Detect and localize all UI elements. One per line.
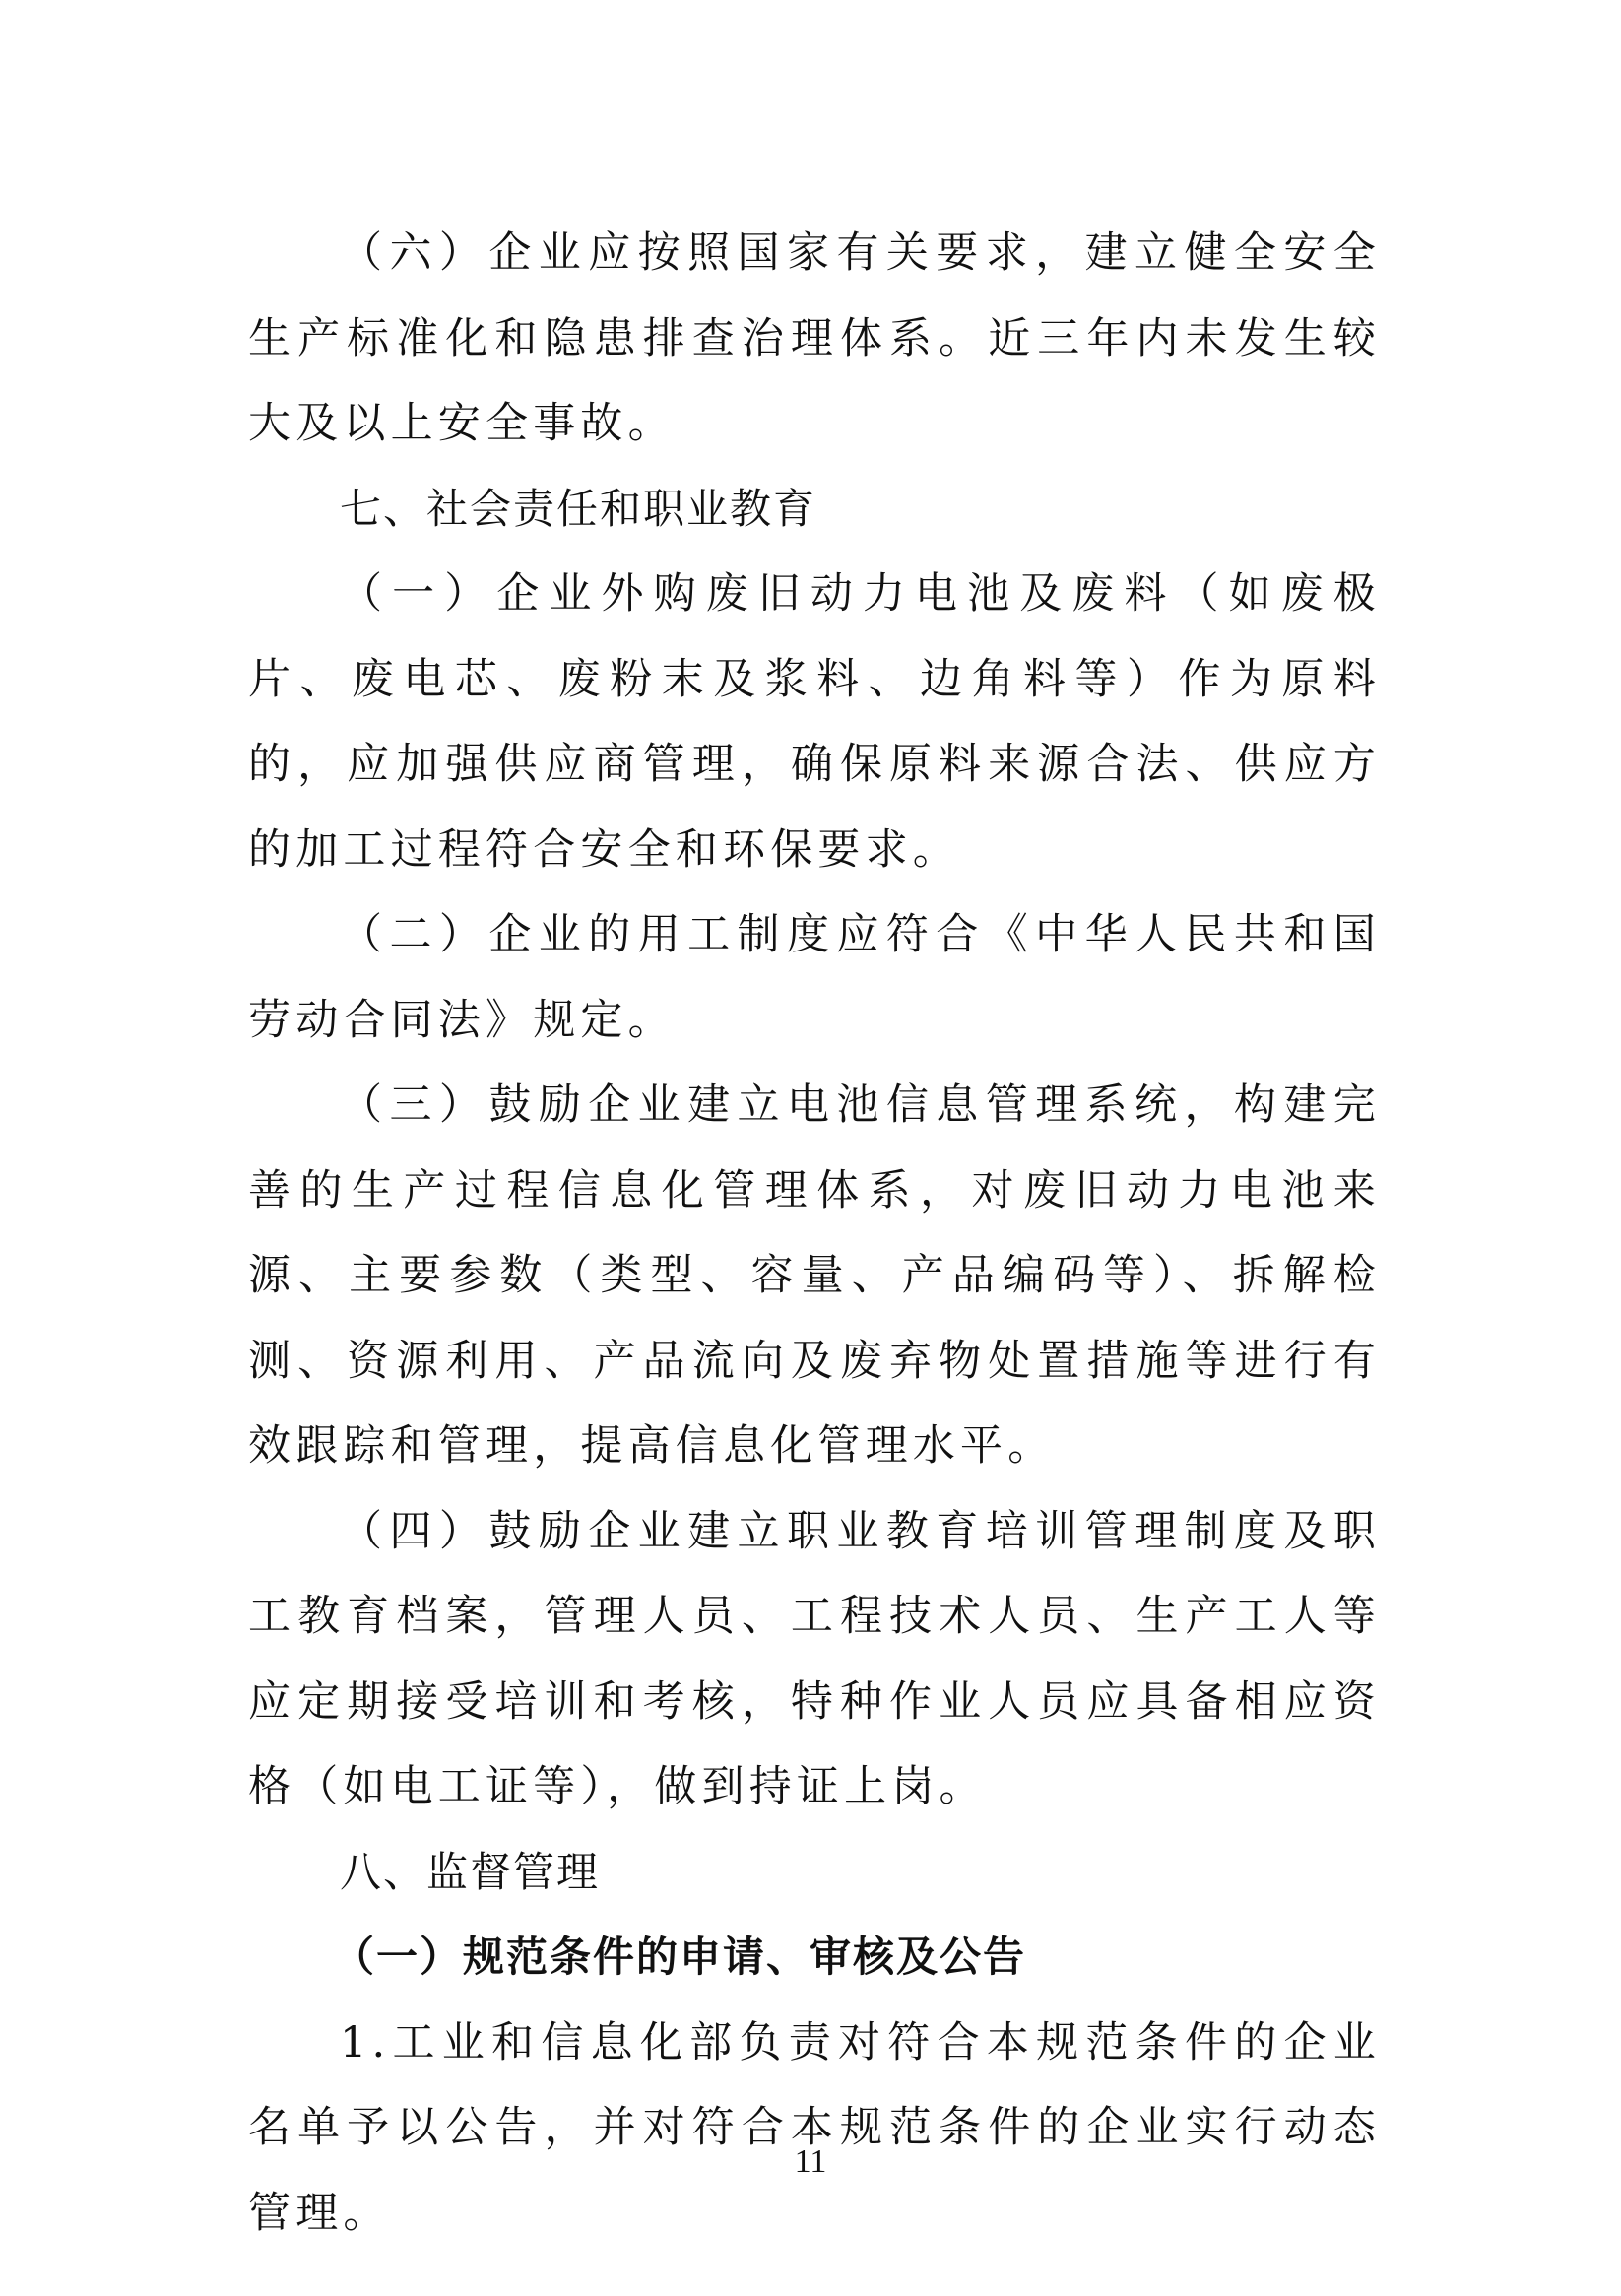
paragraph-6: （六）企业应按照国家有关要求，建立健全安全生产标准化和隐患排查治理体系。近三年内… <box>248 211 1381 467</box>
paragraph-7-1: （一）企业外购废旧动力电池及废料（如废极片、废电芯、废粉末及浆料、边角料等）作为… <box>248 552 1381 892</box>
section-heading-7: 七、社会责任和职业教育 <box>248 467 1381 553</box>
subsection-heading-8-1: （一）规范条件的申请、审核及公告 <box>248 1915 1381 2001</box>
page-number: 11 <box>0 2143 1621 2181</box>
paragraph-7-3: （三）鼓励企业建立电池信息管理系统，构建完善的生产过程信息化管理体系，对废旧动力… <box>248 1063 1381 1489</box>
paragraph-7-4: （四）鼓励企业建立职业教育培训管理制度及职工教育档案，管理人员、工程技术人员、生… <box>248 1489 1381 1830</box>
paragraph-8-1-1: 1.工业和信息化部负责对符合本规范条件的企业名单予以公告，并对符合本规范条件的企… <box>248 2001 1381 2257</box>
document-body: （六）企业应按照国家有关要求，建立健全安全生产标准化和隐患排查治理体系。近三年内… <box>248 211 1381 2256</box>
section-heading-8: 八、监督管理 <box>248 1830 1381 1916</box>
paragraph-7-2: （二）企业的用工制度应符合《中华人民共和国劳动合同法》规定。 <box>248 892 1381 1063</box>
